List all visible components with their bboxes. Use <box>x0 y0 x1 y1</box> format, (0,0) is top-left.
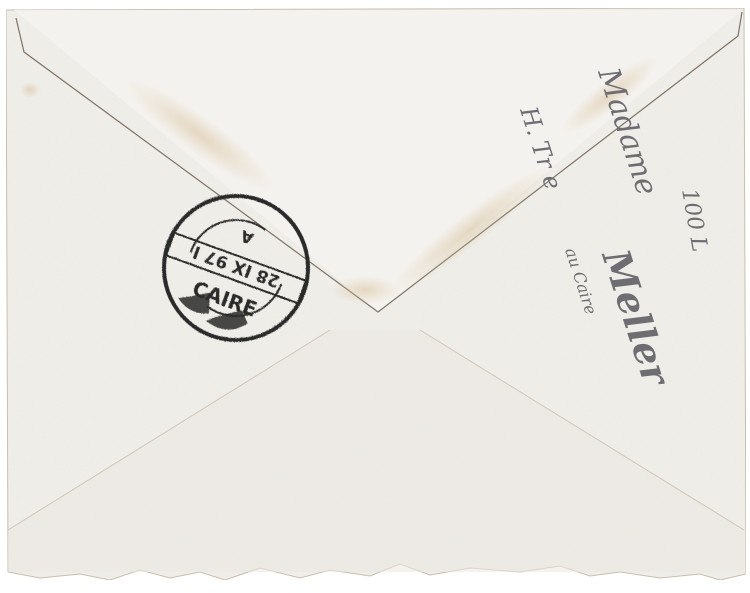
envelope-photo: 28 IX 97 I A CAIRE Madame H. Tr e Meller… <box>0 0 750 593</box>
